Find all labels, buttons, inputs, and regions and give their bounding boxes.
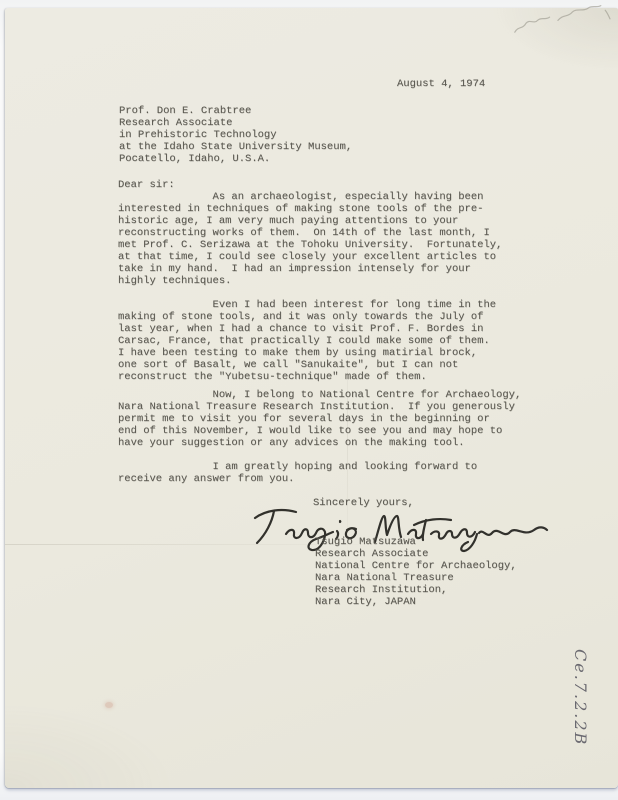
fold-crease-vertical [347,303,348,578]
paragraph-2: Even I had been interest for long time i… [118,299,538,383]
recipient-address: Prof. Don E. Crabtree Research Associate… [119,105,352,165]
paper-stain [105,702,113,708]
fold-crease-horizontal [5,544,385,545]
paragraph-4: I am greatly hoping and looking forward … [118,461,538,485]
catalog-number: Ce.7.2.2B [571,649,590,746]
letter-paper: August 4, 1974 Prof. Don E. Crabtree Res… [5,8,618,788]
letter-body: Dear sir: As an archaeologist, especiall… [118,179,538,509]
paragraph-3: Now, I belong to National Centre for Arc… [118,389,538,449]
salutation: Dear sir: [118,179,538,191]
signature-block: Tsugio Matsuzawa Research Associate Nati… [315,536,517,608]
letter-date: August 4, 1974 [397,78,485,90]
scanned-letter: August 4, 1974 Prof. Don E. Crabtree Res… [0,0,618,800]
paragraph-1: As an archaeologist, especially having b… [118,191,538,287]
pencil-annotation-icon [509,1,616,40]
